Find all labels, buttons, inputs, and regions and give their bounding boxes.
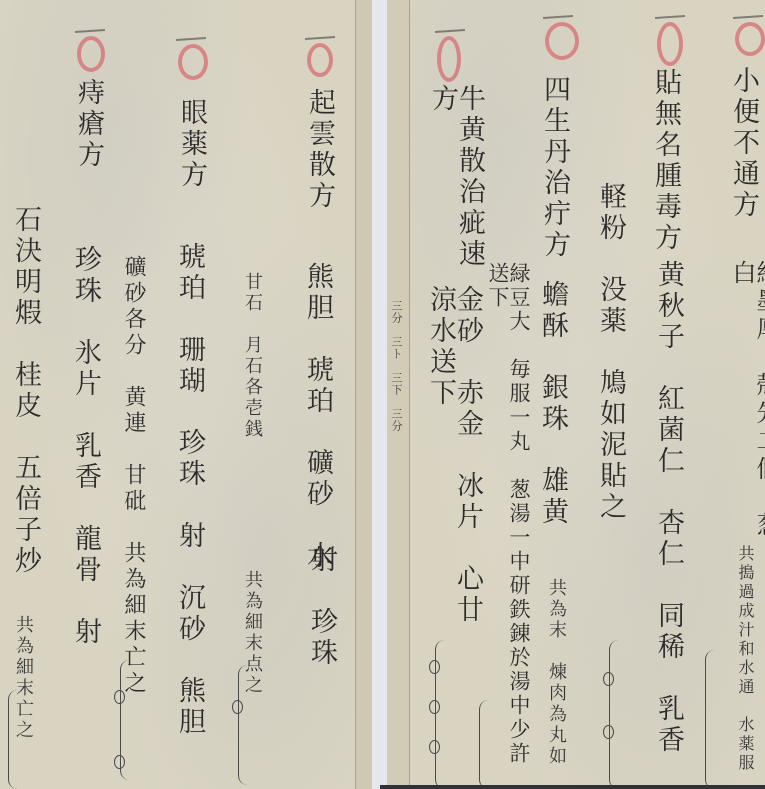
vine-loop xyxy=(114,755,125,769)
ingredient-list: 礦砂各分 黄連 甘砒 共為細末亡之 xyxy=(122,255,144,725)
vine-flourish xyxy=(8,690,27,789)
recipe-title: 痔瘡方 xyxy=(75,78,102,171)
book-bottom-edge xyxy=(380,785,765,789)
red-circle-mark xyxy=(307,43,333,77)
ingredient-list: 珍珠 氷片 乳香 龍骨 射 xyxy=(72,245,99,725)
vine-loop xyxy=(429,700,440,714)
red-circle-mark xyxy=(437,36,461,82)
ingredient-list: 熊胆 琥珀 礦砂 水 xyxy=(304,262,331,572)
vine-loop xyxy=(232,700,243,714)
ingredient-list: 金砂 赤金 冰片 心廿 涼水送下 xyxy=(427,285,481,635)
red-circle-mark xyxy=(657,22,683,66)
vine-loop xyxy=(603,725,614,739)
vine-flourish xyxy=(609,640,628,789)
vine-flourish xyxy=(238,665,257,785)
ingredient-list: 蟾酥 銀珠 雄黄 xyxy=(539,280,566,580)
ingredient-list: 紅墨厚 殻先二個 葱白 xyxy=(730,260,765,540)
vine-flourish xyxy=(479,700,498,789)
recipe-title: 四生丹治疔方 xyxy=(541,75,568,275)
right-page: 三分 三ト 三下 三分 小便不通方 紅墨厚 殻先二個 葱白 共搗過成汁和水通 水… xyxy=(387,0,765,789)
red-circle-mark xyxy=(545,22,579,60)
book-gutter xyxy=(372,0,387,789)
page-fold xyxy=(355,0,372,789)
ingredient-list: 軽粉 没薬 鳩如泥貼之 xyxy=(597,182,624,652)
ingredient-list: 琥珀 珊瑚 珍珠 射 沉砂 熊胆 xyxy=(176,242,203,782)
vine-loop xyxy=(429,660,440,674)
vine-loop xyxy=(114,690,125,704)
red-circle-mark xyxy=(735,22,765,56)
vine-loop xyxy=(429,740,440,754)
recipe-title: 小便不通方 xyxy=(730,66,757,246)
ingredient-list: 石決明煆 桂皮 五倍子炒 xyxy=(12,205,39,625)
vine-loop xyxy=(603,672,614,686)
recipe-title: 牛黄散治疵速方 xyxy=(429,84,483,294)
left-page: 起雲散方 熊胆 琥珀 礦砂 水 射 珍珠 甘石 月石各壱銭 共為細末点之 眼薬方… xyxy=(0,0,372,789)
recipe-title: 起雲散方 xyxy=(306,88,333,212)
ingredient-list: 射 珍珠 xyxy=(308,545,335,765)
vine-flourish xyxy=(705,650,724,789)
ingredient-list: 黄秋子 紅菌仁 杏仁 同稀 乳香 xyxy=(655,260,682,780)
red-circle-mark xyxy=(77,36,105,72)
recipe-note: 共為末 煉肉為丸如 xyxy=(547,578,565,788)
ingredient-list: 甘石 月石各壱銭 xyxy=(243,272,261,440)
red-circle-mark xyxy=(178,44,208,80)
margin-notes: 三分 三ト 三下 三分 xyxy=(391,300,402,600)
recipe-note: 共搗過成汁和水通 水薬服 xyxy=(737,545,753,785)
recipe-title: 眼薬方 xyxy=(178,98,205,191)
